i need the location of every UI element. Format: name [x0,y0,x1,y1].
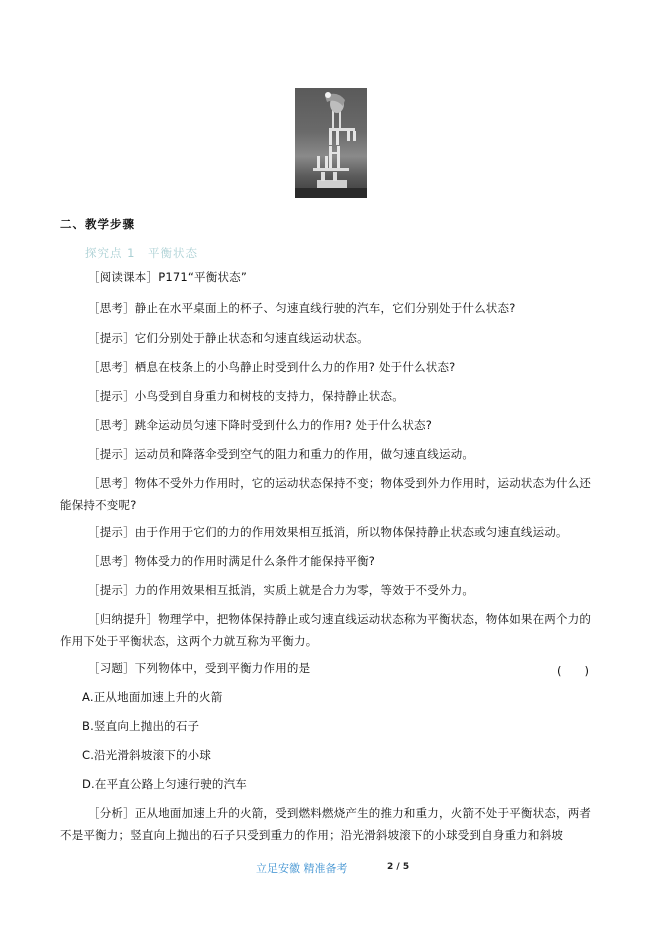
inquiry-point-title: 探究点 1 平衡状态 [85,245,198,261]
analysis: ［分析］正从地面加速上升的火箭，受到燃料燃烧产生的推力和重力，火箭不处于平衡状态… [60,802,600,846]
summary: ［归纳提升］物理学中，把物体保持静止或匀速直线运动状态称为平衡状态，物体如果在两… [60,608,600,652]
hint-3: ［提示］运动员和降落伞受到空气的阻力和重力的作用，做匀速直线运动。 [88,443,474,465]
reading-prompt: ［阅读课本］P171“平衡状态” [88,266,247,288]
hint-5: ［提示］力的作用效果相互抵消，实质上就是合力为零，等效于不受外力。 [88,579,474,601]
think-5: ［思考］物体受力的作用时满足什么条件才能保持平衡? [88,550,375,572]
think-2: ［思考］栖息在枝条上的小鸟静止时受到什么力的作用? 处于什么状态? [88,356,455,378]
think-4: ［思考］物体不受外力作用时，它的运动状态保持不变；物体受到外力作用时，运动状态为… [60,472,600,516]
exercise-question: ［习题］下列物体中，受到平衡力作用的是 [88,657,310,679]
hint-2: ［提示］小鸟受到自身重力和树枝的支持力，保持静止状态。 [88,385,404,407]
answer-blank: ( ) [557,663,589,679]
acrobat-illustration [295,88,367,198]
footer-slogan: 立足安徽 精准备考 [256,860,348,876]
hint-4: ［提示］由于作用于它们的力的作用效果相互抵消，所以物体保持静止状态或匀速直线运动… [88,521,568,543]
hint-1: ［提示］它们分别处于静止状态和匀速直线运动状态。 [88,327,369,349]
option-a: A.正从地面加速上升的火箭 [82,686,222,708]
section-title: 二、教学步骤 [60,216,135,232]
acrobat-photo [295,88,367,198]
option-d: D.在平直公路上匀速行驶的汽车 [82,773,247,795]
option-b: B.竖直向上抛出的石子 [82,715,199,737]
think-3: ［思考］跳伞运动员匀速下降时受到什么力的作用? 处于什么状态? [88,414,432,436]
option-c: C.沿光滑斜坡滚下的小球 [82,744,211,766]
page-number: 2 / 5 [387,862,409,872]
think-1: ［思考］静止在水平桌面上的杯子、匀速直线行驶的汽车，它们分别处于什么状态? [88,297,516,319]
